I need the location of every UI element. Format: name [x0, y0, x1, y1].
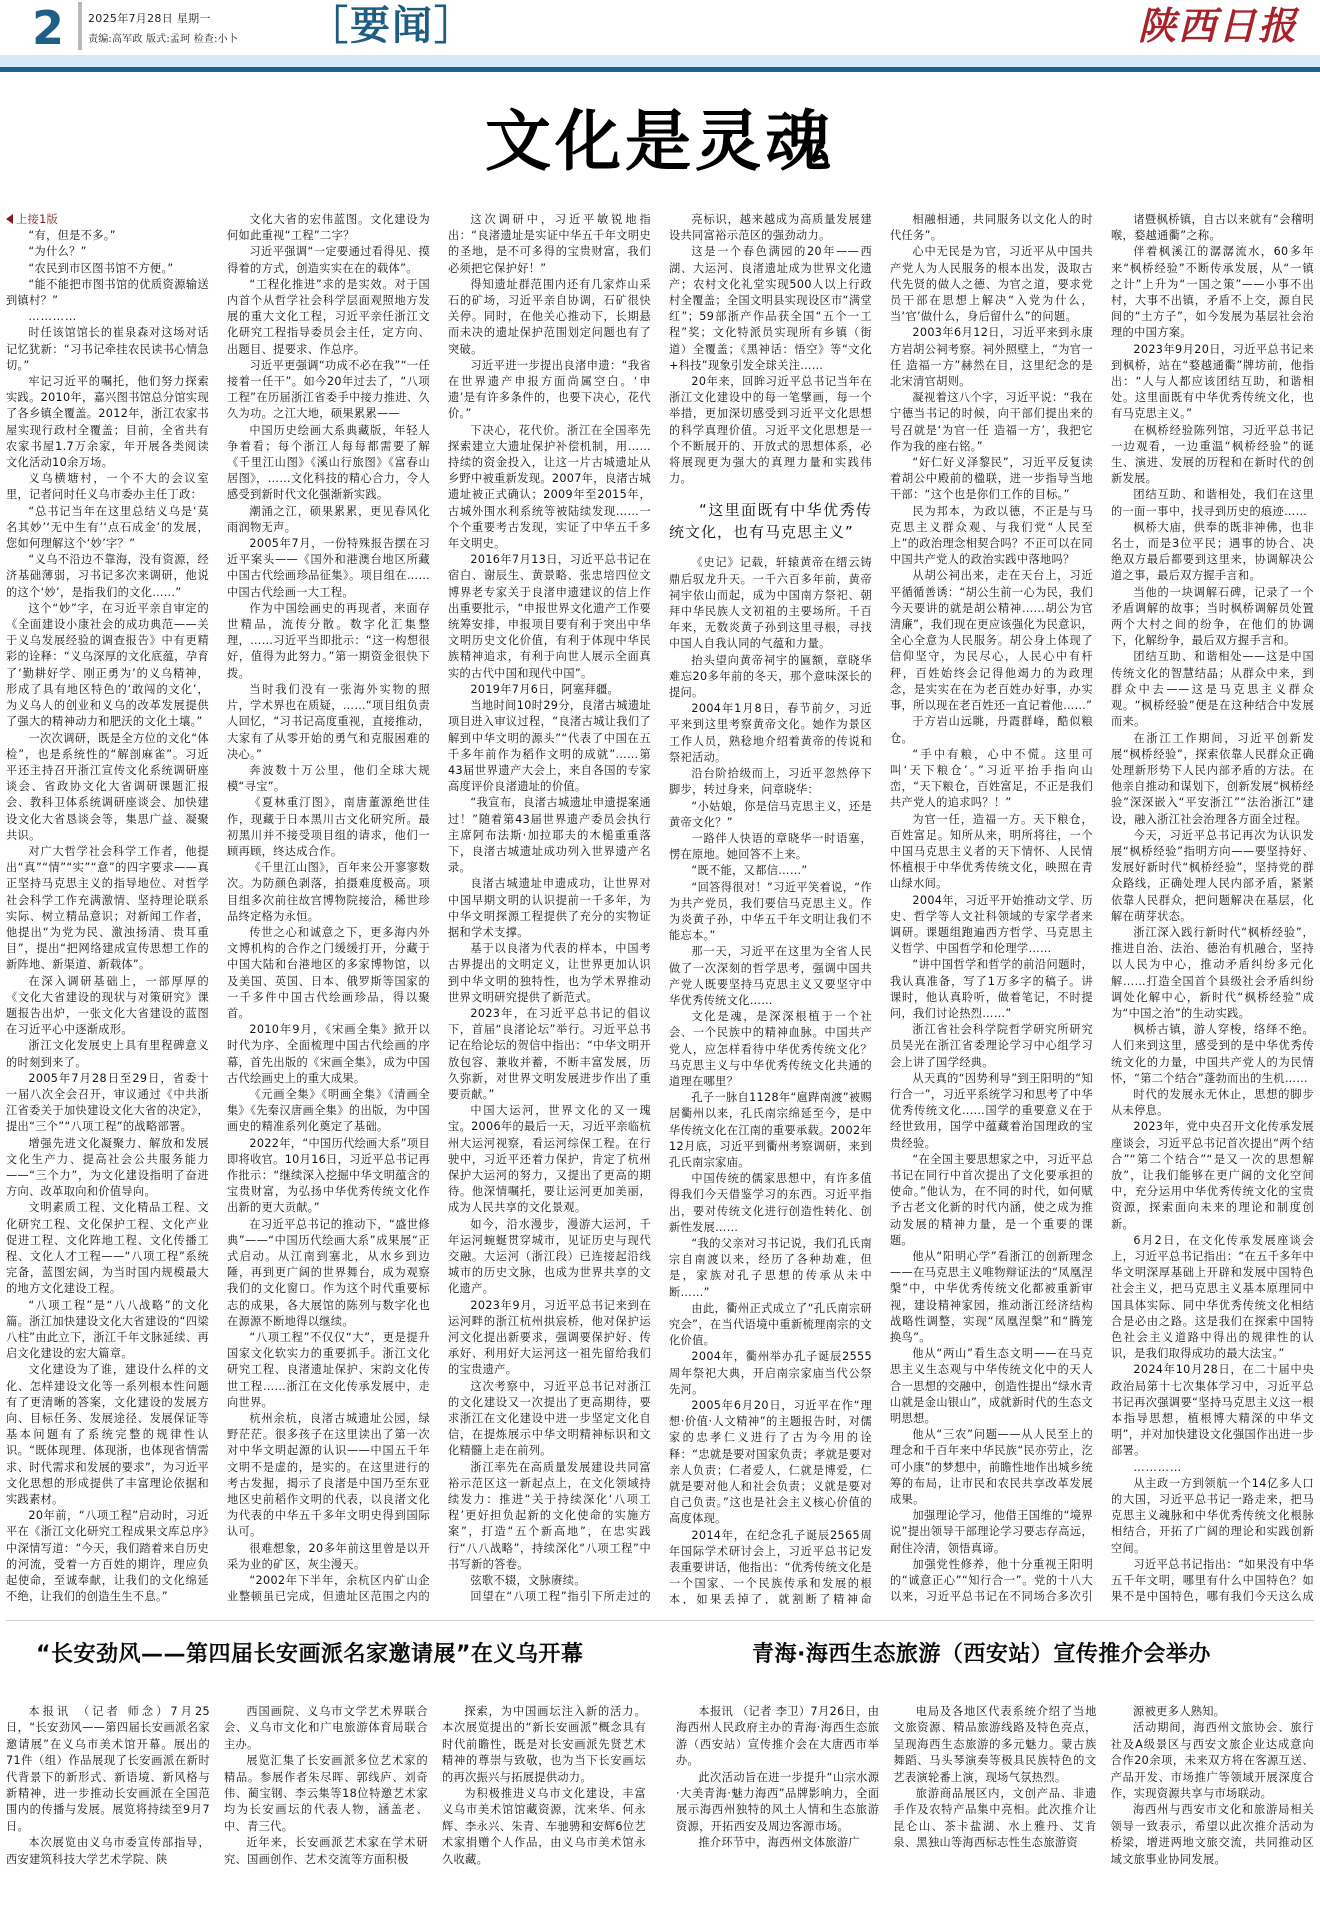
paragraph: 当他的一块调解石碑，记录了一个矛盾调解的故事；当时枫桥调解员处置两个大村之间的纷…	[1111, 585, 1314, 650]
paragraph: 2003年6月12日，习近平来到永康方岩胡公祠考察。祠外照壁上，“为官一任 造福…	[890, 325, 1093, 390]
section-divider	[6, 1620, 1314, 1621]
paragraph: 2005年7月，一份特殊报告摆在习近平案头——《国外和港澳台地区所藏中国古代绘画…	[227, 536, 430, 601]
paragraph: 2024年10月28日，在二十届中央政治局第十七次集体学习中，习近平总书记再次强…	[1111, 1362, 1314, 1459]
paragraph: 6月2日，在文化传承发展座谈会上，习近平总书记指出：“在五千多年中华文明深厚基础…	[1111, 1233, 1314, 1363]
paragraph: “讲中国哲学和哲学的前沿问题时，我认真准备，写了1万多字的稿子。讲课时，他认真聆…	[890, 957, 1093, 1022]
paragraph: 亮标识，越来越成为高质量发展建设共同富裕示范区的强劲动力。	[669, 212, 872, 244]
paragraph: 枫桥古镇，游人穿梭，络绎不绝。人们来到这里，感受到的是中华优秀传统文化的力量，中…	[1111, 1022, 1314, 1087]
secondary-article-tourism: 青海·海西生态旅游（西安站）宣传推介会举办 本报讯 （记者 李卫）7月26日，由…	[676, 1630, 1314, 1914]
main-headline: 文化是灵魂	[0, 102, 1320, 182]
paragraph: 从主政一方到领航一个14亿多人口的大国，习近平总书记一路走来，把马克思主义魂脉和…	[1111, 1476, 1314, 1557]
paragraph: “工程化推进”求的是实效。对于国内首个从哲学社会科学层面观照地方发展的重大文化工…	[227, 277, 430, 358]
paragraph: 时代的发展永无休止，思想的脚步从未停息。	[1111, 1087, 1314, 1119]
paragraph: 回望在“八项工程”指引下所走过的这20年，浙江从建设文化大省到迈向文化强省，走出…	[448, 1589, 651, 1604]
paragraph: 电局及各地区代表系统介绍了当地文旅资源、精品旅游线路及特色亮点，呈现海西生态旅游…	[893, 1704, 1096, 1786]
paragraph: 《夏林重汀图》，南唐董源绝世佳作，现藏于日本黑川古文化研究所。最初黑川并不接受项…	[227, 795, 430, 860]
secondary-headline: 青海·海西生态旅游（西安站）宣传推介会举办	[676, 1630, 1314, 1680]
secondary-article-columns: 本报讯 （记者 李卫）7月26日，由海西州人民政府主办的青海·海西生态旅游（西安…	[676, 1704, 1314, 1914]
paragraph: 沿台阶拾级而上，习近平忽然停下脚步，转过身来，问章晓华：	[669, 766, 872, 798]
paragraph: 义乌横塘村，一个不大的会议室里，记者问时任义乌市委办主任丁政：	[6, 471, 209, 503]
secondary-column-1: 本报讯 （记者 师念）7月25日，“长安劲风——第四届长安画派名家邀请展”在义乌…	[6, 1704, 210, 1914]
paragraph: 20年前，“八项工程”启动时，习近平在《浙江文化研究工程成果文库总序》中深情写道…	[6, 1508, 209, 1604]
paragraph: 探索，为中国画坛注入新的活力。本次展览提出的“新长安画派”概念具有时代前瞻性，既…	[442, 1704, 646, 1786]
continued-from-link[interactable]: 上接1版	[6, 212, 209, 228]
paragraph: 基于以良渚为代表的样本，中国考古界提出的文明定义，让世界更加认识到中华文明的独特…	[448, 941, 651, 1006]
paragraph: 孔子一脉自1128年“扈跸南渡”被赐居衢州以来，孔氏南宗绵延至今，是中华传统文化…	[669, 1090, 872, 1171]
paragraph: 这次调研中，习近平敏锐地指出：“良渚遗址是实证中华五千年文明史的圣地，是不可多得…	[448, 212, 651, 277]
paragraph: 枫桥大庙，供奉的既非神佛，也非名士，而是3位平民；遇事的协合、决绝双方最后都要到…	[1111, 520, 1314, 585]
paragraph: 传世之心和诚意之下，更多海内外文博机构的合作之门缓缓打开，分藏于中国大陆和台港地…	[227, 925, 430, 1022]
paragraph: 习近平进一步提出良渚申遗：“我省在世界遗产申报方面尚属空白。‘申遗’是有许多条件…	[448, 358, 651, 423]
paragraph: 当时我们没有一张海外实物的照片，学术界也在质疑，……“项目组负责人回忆，“习书记…	[227, 682, 430, 763]
paragraph: 在枫桥经验陈列馆，习近平总书记一边观看，一边重温“枫桥经验”的诞生、演进、发展的…	[1111, 423, 1314, 488]
paragraph: “为什么？”	[6, 244, 209, 260]
column-body: “有，但是不多。”“为什么？”“农民到市区图书馆不方便。”“能不能把市图书馆的优…	[6, 228, 209, 1604]
paragraph: 2010年9月，《宋画全集》掀开以时代为序、全面梳理中国古代绘画的序幕，首先出版…	[227, 1022, 430, 1087]
paragraph: 在浙江工作期间，习近平创新发展“枫桥经验”，探索依靠人民群众正确处理新形势下人民…	[1111, 731, 1314, 828]
paragraph: 浙江文化发展史上具有里程碑意义的时刻到来了。	[6, 1038, 209, 1070]
paragraph: 本报讯 （记者 师念）7月25日，“长安劲风——第四届长安画派名家邀请展”在义乌…	[6, 1704, 210, 1835]
paragraph: 良渚古城遗址申遗成功，让世界对中国早期文明的认识提前一千多年，为中华文明探源工程…	[448, 876, 651, 941]
paragraph: “我宣布，良渚古城遗址申遗提案通过！”随着第43届世界遗产委员会执行主席阿布法斯…	[448, 795, 651, 876]
article-column-5: 相融相通，共同服务以文化人的时代任务”。心中无民是为官，习近平从中国共产党人为人…	[890, 212, 1093, 1604]
paragraph: 这个“妙”字，在习近平亲自审定的《全面建设小康社会的成功典范——关于义乌发展经验…	[6, 601, 209, 731]
paragraph: 中国大运河，世界文化的又一瑰宝。2006年的最后一天，习近平亲临杭州大运河视察，…	[448, 1103, 651, 1216]
paragraph: 推介环节中，海西州文体旅游广	[676, 1835, 879, 1851]
paragraph: 2022年，“中国历代绘画大系”项目即将收官。10月16日，习近平总书记再作批示…	[227, 1136, 430, 1217]
column-body-after-quote: 《史记》记载，轩辕黄帝在缙云铸鼎后驭龙升天。一千六百多年前，黄帝祠宇依山而起，成…	[669, 555, 872, 1604]
paragraph: “农民到市区图书馆不方便。”	[6, 261, 209, 277]
paragraph: 浙江省社会科学院哲学研究所研究员吴光在浙江省委理论学习中心组学习会上讲了国学经典…	[890, 1022, 1093, 1071]
paragraph: 为官一任，造福一方。天下粮仓，百姓富足。知所从来，明所将往，一个中国马克思主义者…	[890, 812, 1093, 893]
paragraph: 诸暨枫桥镇，自古以来就有“会稽明喉，婺越通衢”之称。	[1111, 212, 1314, 244]
masthead-band-dark	[0, 67, 1320, 72]
paragraph: “八项工程”是“八八战略”的文化篇。浙江加快建设文化大省建设的“四梁八柱”由此立…	[6, 1298, 209, 1363]
paragraph: 一路伴人快语的章晓华一时语塞，愣在原地。她回答不上来。	[669, 831, 872, 863]
paragraph: 2005年7月28日至29日，省委十一届八次全会召开，审议通过《中共浙江省委关于…	[6, 1071, 209, 1136]
paragraph: “能不能把市图书馆的优质资源输送到镇村？”	[6, 277, 209, 309]
paragraph: 海西州与西安市文化和旅游局相关领导一致表示，希望以此次推介活动为桥梁，增进两地文…	[1111, 1802, 1314, 1868]
paragraph: 2014年，在纪念孔子诞辰2565周年国际学术研讨会上，习近平总书记发表重要讲话…	[669, 1528, 872, 1604]
paragraph: 此次活动旨在进一步提升“山宗水源·大美青海·魅力海西”品牌影响力，全面展示海西州…	[676, 1770, 879, 1836]
paragraph: 2023年，在习近平总书记的倡议下，首届“良渚论坛”举行。习近平总书记在给论坛的…	[448, 1006, 651, 1103]
section-label: ［要闻］	[308, 4, 476, 48]
paragraph: 2004年1月8日，春节前夕，习近平来到这里考察黄帝文化。她作为景区工作人员，熟…	[669, 701, 872, 766]
paragraph: “我的父亲对习书记说，我们孔氏南宗自南渡以来，经历了各种劫难，但是，家族对孔子思…	[669, 1236, 872, 1301]
column-body: 诸暨枫桥镇，自古以来就有“会稽明喉，婺越通衢”之称。伴着枫溪江的潺潺流水，60多…	[1111, 212, 1314, 1604]
secondary-column-2: 电局及各地区代表系统介绍了当地文旅资源、精品旅游线路及特色亮点，呈现海西生态旅游…	[893, 1704, 1096, 1914]
paragraph: …………	[1111, 1460, 1314, 1476]
paragraph: 团结互助、和谐相处——这是中国传统文化的智慧结晶；从群众中来，到群众中去——这是…	[1111, 649, 1314, 730]
paragraph: “在全国主要思想家之中，习近平总书记在同行中首次提出了文化要承担的使命。”他认为…	[890, 1152, 1093, 1249]
pull-quote: “这里面既有中华优秀传统文化，也有马克思主义”	[669, 499, 872, 543]
paragraph: 伴着枫溪江的潺潺流水，60多年来“枫桥经验”不断传承发展，从“一镇之计”上升为“…	[1111, 244, 1314, 341]
paragraph: 文明素质工程、文化精品工程、文化研究工程、文化保护工程、文化产业促进工程、文化阵…	[6, 1200, 209, 1297]
paragraph: 这次考察中，习近平总书记对浙江的文化建设又一次提出了更高期待，要求浙江在文化建设…	[448, 1379, 651, 1460]
article-column-1: 上接1版 “有，但是不多。”“为什么？”“农民到市区图书馆不方便。”“能不能把市…	[6, 212, 209, 1604]
paragraph: 《千里江山图》，百年来公开寥寥数次。为防颜色剥落，拍摄难度极高。项目组多次前往故…	[227, 860, 430, 925]
paragraph: 一次次调研，既是全方位的文化“体检”，也是系统性的“解剖麻雀”。习近平还主持召开…	[6, 731, 209, 844]
paragraph: “既不能，又都信……”	[669, 863, 872, 879]
paragraph: 团结互助、和谐相处，我们在这里的一面一事中，找寻到历史的痕迹……	[1111, 487, 1314, 519]
paragraph: “义乌不沿边不靠海，没有资源，经济基础薄弱，习书记多次来调研，他说的这个‘妙’，…	[6, 552, 209, 601]
paragraph: “回答得很对！”习近平笑着说，“作为共产党员，我们要信马克思主义。作为炎黄子孙，…	[669, 880, 872, 945]
page-number: 2	[18, 4, 78, 52]
paragraph: 为积极推进义乌市文化建设，丰富义乌市美术馆馆藏资源，沈来华、何永辉、李永兴、朱青…	[442, 1786, 646, 1868]
paragraph: 心中无民是为官，习近平从中国共产党人为人民服务的根本出发，汲取古代先贤的做人之德…	[890, 244, 1093, 325]
paragraph: 文化建设为了谁，建设什么样的文化、怎样建设文化等一系列根本性问题有了更清晰的答案…	[6, 1362, 209, 1508]
paragraph: 文化是魂，是深深根植于一个社会、一个民族中的精神血脉。中国共产党人，应怎样看待中…	[669, 1009, 872, 1090]
paragraph: 加强党性修养，他十分重视王阳明的“诚意正心”“知行合一”。党的十八大以来，习近平…	[890, 1557, 1093, 1604]
paragraph: 他从“两山”看生态文明——在马克思主义生态观与中华传统文化中的天人合一思想的交融…	[890, 1346, 1093, 1427]
column-body: 相融相通，共同服务以文化人的时代任务”。心中无民是为官，习近平从中国共产党人为人…	[890, 212, 1093, 1604]
paragraph: 加强理论学习，他借王国维的“境界说”提出领导干部理论学习要志存高远，耐住冷清，领…	[890, 1508, 1093, 1557]
paragraph: 潮涌之江，硕果累累，更见春风化雨润物无声。	[227, 504, 430, 536]
paragraph: 时任该馆馆长的崔泉森对这场对话记忆犹新：“习书记牵挂农民读书心情急切。”	[6, 325, 209, 374]
issue-date: 2025年7月28日 星期一	[88, 10, 211, 26]
paragraph: 由此，衢州正式成立了“孔氏南宗研究会”，在当代语境中重新梳理南宗的文化价值。	[669, 1301, 872, 1350]
left-arrow-icon	[6, 214, 13, 224]
paragraph: 2023年9月，习近平总书记来到在运河畔的浙江杭州拱宸桥，他对保护运河文化提出新…	[448, 1298, 651, 1379]
masthead-divider	[78, 2, 82, 50]
paragraph: 2005年6月20日，习近平在作“理想·价值·人文精神”的主题报告时，对儒家的忠…	[669, 1398, 872, 1528]
paragraph: 2004年，衢州举办孔子诞辰2555周年祭祀大典，开启南宗家庙当代公祭先河。	[669, 1349, 872, 1398]
main-article: 上接1版 “有，但是不多。”“为什么？”“农民到市区图书馆不方便。”“能不能把市…	[6, 212, 1314, 1604]
paragraph: 很难想象，20多年前这里曾是以开采为业的矿区，灰尘漫天。	[227, 1541, 430, 1573]
paragraph: 牢记习近平的嘱托，他们努力探索实践。2010年，嘉兴图书馆总分馆实现了各乡镇全覆…	[6, 374, 209, 471]
paragraph: 浙江深入践行新时代“枫桥经验”，推进自治、法治、德治有机融合，坚持以人民为中心，…	[1111, 925, 1314, 1022]
secondary-article-exhibition: “长安劲风——第四届长安画派名家邀请展”在义乌开幕 本报讯 （记者 师念）7月2…	[6, 1630, 646, 1914]
paragraph: 2016年7月13日，习近平总书记在宿白、谢辰生、黄景略、张忠培四位文博界老专家…	[448, 552, 651, 682]
article-column-2: 文化大省的宏伟蓝图。文化建设为何如此重视“工程”二字？习近平强调“一定要通过看得…	[227, 212, 430, 1604]
newspaper-logo: 陕西日报	[1138, 2, 1298, 50]
paragraph: 他从“三农”问题——从人民至上的理念和千百年来中华民族“民亦劳止，汔可小康”的梦…	[890, 1427, 1093, 1508]
paragraph: …………	[6, 309, 209, 325]
article-column-3: 这次调研中，习近平敏锐地指出：“良渚遗址是实证中华五千年文明史的圣地，是不可多得…	[448, 212, 651, 1604]
paragraph: 得知遗址群范围内还有几家炸山采石的矿场，习近平亲自协调，石矿很快关停。同时，在他…	[448, 277, 651, 358]
secondary-column-1: 本报讯 （记者 李卫）7月26日，由海西州人民政府主办的青海·海西生态旅游（西安…	[676, 1704, 879, 1914]
paragraph: 作为中国绘画史的再现者，来面存世精品，流传分散。数字化汇集整理，……习近平当即批…	[227, 601, 430, 682]
paragraph: 习近平更强调“功成不必在我”“一任接着一任干”。如今20年过去了，“八项工程”在…	[227, 358, 430, 423]
paragraph: “好仁好义泽黎民”，习近平反复读着胡公中殿前的楹联，进一步指导当地干部：“这个也…	[890, 455, 1093, 504]
paragraph: 这是一个春色满园的20年——西湖、大运河、良渚遗址成为世界文化遗产；农村文化礼堂…	[669, 244, 872, 374]
paragraph: 中国历史绘画大系典藏版，年轻人争着看；每个浙江人每每都需要了解《千里江山图》《溪…	[227, 423, 430, 504]
paragraph: 浙江率先在高质量发展建设共同富裕示范区这一新起点上，在文化领域持续发力：推进“关…	[448, 1460, 651, 1573]
article-column-6: 诸暨枫桥镇，自古以来就有“会稽明喉，婺越通衢”之称。伴着枫溪江的潺潺流水，60多…	[1111, 212, 1314, 1604]
paragraph: 从胡公祠出来，走在天台上，习近平循循善诱：“胡公生前一心为民，我们今天要讲的就是…	[890, 568, 1093, 714]
paragraph: “2002年下半年，余杭区内矿山企业整顿虽已完成，但遗址区范围之内的邻县还有一些…	[227, 1573, 430, 1604]
paragraph: 习近平强调“一定要通过看得见、摸得着的方式，创造实实在在的载体”。	[227, 244, 430, 276]
paragraph: 弦歌不辍，文脉赓续。	[448, 1573, 651, 1589]
paragraph: 中国传统的儒家思想中，有许多值得我们今天借鉴学习的东西。习近平指出，要对传统文化…	[669, 1171, 872, 1236]
paragraph: 2004年，习近平开始推动文学、历史、哲学等人文社科领域的专家学者来调研。课题组…	[890, 893, 1093, 958]
paragraph: 《史记》记载，轩辕黄帝在缙云铸鼎后驭龙升天。一千六百多年前，黄帝祠宇依山而起，成…	[669, 555, 872, 652]
paragraph: 活动期间，海西州文旅协会、旅行社及A级景区与西安文旅企业达成意向合作20余项，未…	[1111, 1720, 1314, 1802]
paragraph: 2023年9月20日，习近平总书记来到枫桥，站在“婺越通衢”牌坊前，他指出：“人…	[1111, 342, 1314, 423]
paragraph: 2019年7月6日，阿塞拜疆。	[448, 682, 651, 698]
paragraph: “总书记当年在这里总结义乌是‘莫名其妙’‘无中生有’‘点石成金’的发展，您如何理…	[6, 504, 209, 553]
paragraph: 20年来，回眸习近平总书记当年在浙江文化建设中的每一笔擘画，每一个举措，更加深切…	[669, 374, 872, 487]
column-body: 文化大省的宏伟蓝图。文化建设为何如此重视“工程”二字？习近平强调“一定要通过看得…	[227, 212, 430, 1573]
paragraph: 展览汇集了长安画派多位艺术家的精品。参展作者朱尽晖、郭线庐、刘奇伟、蔺宝钢、李云…	[224, 1753, 428, 1835]
paragraph: 那一天，习近平在这里为全省人民做了一次深刻的哲学思考，强调中国共产党人既要坚持马…	[669, 944, 872, 1009]
column-body-tail: “2002年下半年，余杭区内矿山企业整顿虽已完成，但遗址区范围之内的邻县还有一些…	[227, 1573, 430, 1604]
paragraph: “手中有粮，心中不慌。这里可叫‘天下粮仓’。”习近平抬手指向山峦，“天下粮仓，百…	[890, 747, 1093, 812]
column-body: 这次调研中，习近平敏锐地指出：“良渚遗址是实证中华五千年文明史的圣地，是不可多得…	[448, 212, 651, 1604]
paragraph: “八项工程”不仅仅“大”，更是提升国家文化软实力的重要抓手。浙江文化研究工程、良…	[227, 1330, 430, 1411]
paragraph: 民为邦本，为政以德，不正是与马克思主义群众观、与我们党“人民至上”的政治理念相契…	[890, 504, 1093, 569]
paragraph: 在深入调研基础上，一部厚厚的《文化大省建设的现状与对策研究》课题报告出炉，一张文…	[6, 974, 209, 1039]
paragraph: 杭州余杭，良渚古城遗址公园，绿野茫茫。很多孩子在这里读出了第一次对中华文明起源的…	[227, 1411, 430, 1541]
paragraph: 相融相通，共同服务以文化人的时代任务”。	[890, 212, 1093, 244]
article-column-4: 亮标识，越来越成为高质量发展建设共同富裕示范区的强劲动力。这是一个春色满园的20…	[669, 212, 872, 1604]
column-body: 亮标识，越来越成为高质量发展建设共同富裕示范区的强劲动力。这是一个春色满园的20…	[669, 212, 872, 487]
paragraph: 当地时间10时29分，良渚古城遗址项目进入审议过程，“良渚古城让我们了解到中华文…	[448, 698, 651, 795]
paragraph: 奔波数十万公里，他们全球大规模“寻宝”。	[227, 763, 430, 795]
paragraph: 旅游商品展区内，文创产品、非遗手作及农特产品集中亮相。此次推介让昆仑山、茶卡盐湖…	[893, 1786, 1096, 1852]
secondary-column-3: 源被更多人熟知。活动期间，海西州文旅协会、旅行社及A级景区与西安文旅企业达成意向…	[1111, 1704, 1314, 1914]
paragraph: 《元画全集》《明画全集》《清画全集》《先秦汉唐画全集》的出版，为中国画史的精准系…	[227, 1087, 430, 1136]
paragraph: 凝视着这八个字，习近平说：“我在宁德当书记的时候，向干部们提出来的号召就是‘为官…	[890, 390, 1093, 455]
paragraph: 在习近平总书记的推动下，“盛世修典”——“中国历代绘画大系”成果展“正式启动。从…	[227, 1217, 430, 1330]
paragraph: 源被更多人熟知。	[1111, 1704, 1314, 1720]
paragraph: 从天真的“因势利导”到王阳明的“知行合一”，习近平系统学习和思考了中华优秀传统文…	[890, 1071, 1093, 1152]
paragraph: 西国画院、义乌市文学艺术界联合会、义乌市文化和广电旅游体育局联合主办。	[224, 1704, 428, 1753]
editorial-staff: 责编:高军政 版式:孟珂 检查:小卜	[88, 30, 238, 45]
paragraph: 增强先进文化凝聚力、解放和发展文化生产力、提高社会公共服务能力——“三个力”，为…	[6, 1136, 209, 1201]
paragraph: 下决心，花代价。浙江在全国率先探索建立大遗址保护补偿机制，用……持续的资金投入，…	[448, 423, 651, 553]
secondary-headline: “长安劲风——第四届长安画派名家邀请展”在义乌开幕	[6, 1630, 646, 1680]
secondary-article-columns: 本报讯 （记者 师念）7月25日，“长安劲风——第四届长安画派名家邀请展”在义乌…	[6, 1704, 646, 1914]
paragraph: 如今，沿水漫步，漫游大运河，千年运河蜿蜒贯穿城市，见证历史与现代交融。大运河（浙…	[448, 1217, 651, 1298]
paragraph: 抬头望向黄帝祠宇的匾额，章晓华难忘20多年前的冬天，那个意味深长的提问。	[669, 653, 872, 702]
secondary-column-2: 西国画院、义乌市文学艺术界联合会、义乌市文化和广电旅游体育局联合主办。展览汇集了…	[224, 1704, 428, 1914]
secondary-column-3: 探索，为中国画坛注入新的活力。本次展览提出的“新长安画派”概念具有时代前瞻性，既…	[442, 1704, 646, 1914]
paragraph: 今天，习近平总书记再次为认识发展“枫桥经验”指明方向——要坚持好、发展好新时代“…	[1111, 828, 1314, 925]
paragraph: “有，但是不多。”	[6, 228, 209, 244]
paragraph: 2023年，党中央召开文化传承发展座谈会，习近平总书记首次提出“两个结合”“第二…	[1111, 1119, 1314, 1232]
paragraph: 对广大哲学社会科学工作者，他提出“真”“情”“实”“意”的四字要求——真正坚持马…	[6, 844, 209, 974]
masthead-band-light	[0, 55, 1320, 67]
paragraph: “小姑娘，你是信马克思主义，还是黄帝文化？”	[669, 799, 872, 831]
paragraph: 近年来，长安画派艺术家在学术研究、国画创作、艺术交流等方面积极	[224, 1835, 428, 1868]
paragraph: 本次展览由义乌市委宣传部指导，西安建筑科技大学艺术学院、陕	[6, 1835, 210, 1868]
paragraph: 于方岩山远眺，丹霞群峰，酷似粮仓。	[890, 714, 1093, 746]
paragraph: 文化大省的宏伟蓝图。文化建设为何如此重视“工程”二字？	[227, 212, 430, 244]
paragraph: 本报讯 （记者 李卫）7月26日，由海西州人民政府主办的青海·海西生态旅游（西安…	[676, 1704, 879, 1770]
paragraph: 他从“阳明心学”看浙江的创新理念——在马克思主义唯物辩证法的“凤凰涅槃”中，中华…	[890, 1249, 1093, 1346]
masthead: 2 2025年7月28日 星期一 责编:高军政 版式:孟珂 检查:小卜 ［要闻］…	[0, 0, 1320, 72]
paragraph: 习近平总书记指出：“如果没有中华五千年文明，哪里有什么中国特色？如果不是中国特色…	[1111, 1557, 1314, 1604]
